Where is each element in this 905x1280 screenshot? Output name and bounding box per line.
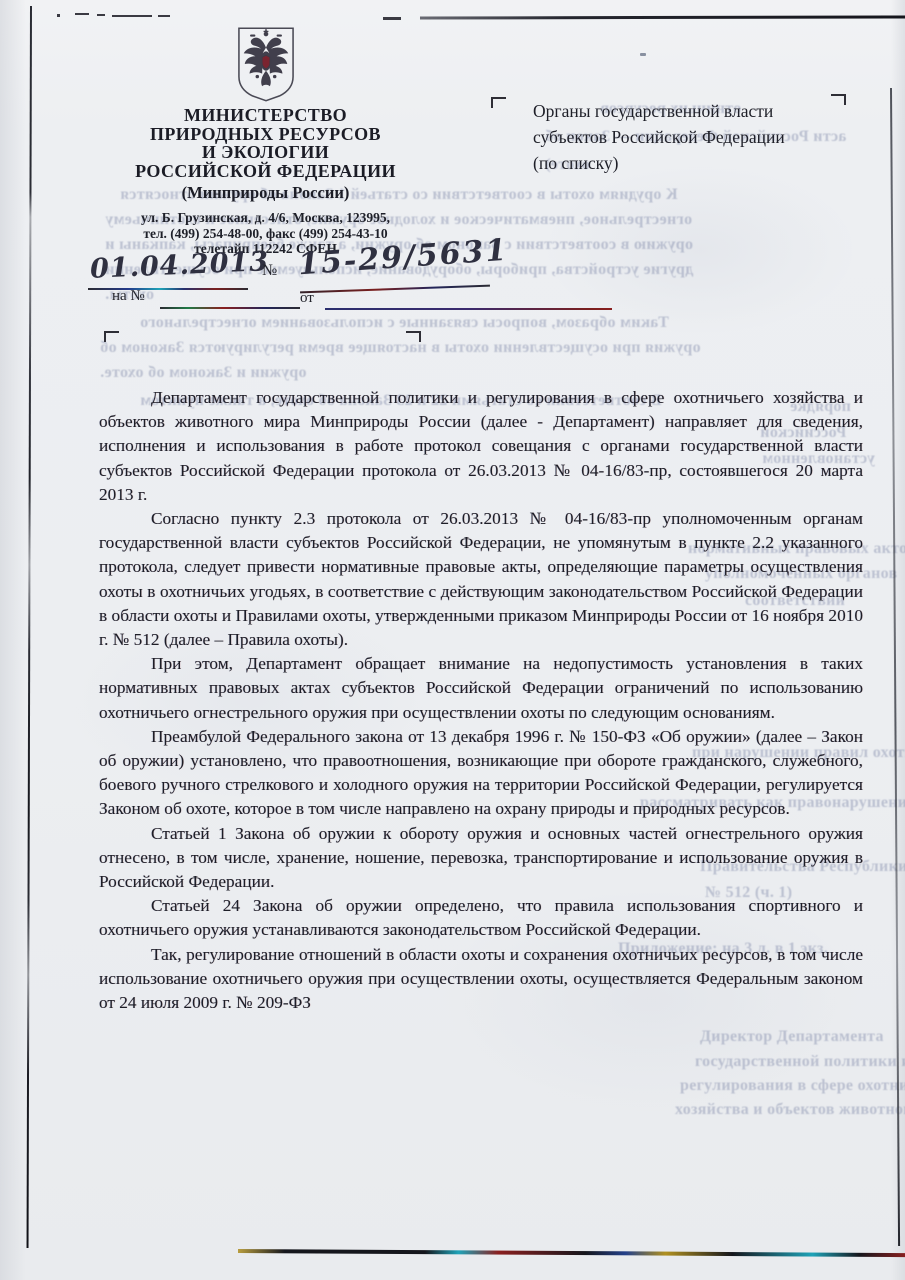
recipient-line: (по списку) <box>533 150 853 176</box>
scan-speck <box>158 15 170 17</box>
number-sign-label: № <box>262 262 277 280</box>
bleedthrough-text-line: оружии и Законом об охоте. <box>100 364 307 382</box>
ministry-name-line: РОССИЙСКОЙ ФЕДЕРАЦИИ <box>88 162 443 181</box>
scan-speck <box>640 53 646 56</box>
body-paragraph: Статьей 24 Закона об оружии определено, … <box>99 894 863 942</box>
coat-of-arms-icon <box>237 26 295 102</box>
ministry-short-name: (Минприроды России) <box>88 183 443 203</box>
scan-edge-line-left <box>27 6 32 1248</box>
ministry-name-line: МИНИСТЕРСТВО <box>88 106 443 125</box>
scan-speck <box>97 14 105 16</box>
body-paragraph: Так, регулирование отношений в области о… <box>99 943 863 1016</box>
body-paragraph: Преамбулой Федерального закона от 13 дек… <box>99 725 863 822</box>
date-handwritten-field[interactable]: 01.04.2013 <box>89 246 269 285</box>
scan-speck <box>112 15 152 17</box>
recipient-line: субъектов Российской Федерации <box>533 124 853 150</box>
recipient-block: Органы государственной властисубъектов Р… <box>533 98 853 176</box>
number-field-rule <box>300 285 490 294</box>
bleedthrough-text-line: государственной политики и <box>695 1053 905 1071</box>
scan-speck <box>57 14 60 17</box>
scan-speck <box>383 17 401 20</box>
body-paragraph: Департамент государственной политики и р… <box>99 386 863 507</box>
body-paragraph: При этом, Департамент обращает внимание … <box>99 652 863 725</box>
ministry-name-line: И ЭКОЛОГИИ <box>88 143 443 162</box>
on-number-label: на № <box>112 288 145 305</box>
scan-line-top-right <box>420 15 905 19</box>
ministry-name: МИНИСТЕРСТВОПРИРОДНЫХ РЕСУРСОВИ ЭКОЛОГИИ… <box>88 106 443 180</box>
bleedthrough-text-line: регулирования в сфере охотничьего <box>680 1077 905 1095</box>
corner-mark <box>491 97 506 108</box>
scan-line-bottom <box>238 1249 905 1257</box>
recipient-line: Органы государственной власти <box>533 98 853 124</box>
address-line: тел. (499) 254-48-00, факс (499) 254-43-… <box>88 226 443 242</box>
corner-mark <box>104 331 119 342</box>
letter-body: Департамент государственной политики и р… <box>99 386 863 1015</box>
corner-mark <box>406 331 421 342</box>
from-field-rule[interactable] <box>325 308 612 310</box>
address-line: ул. Б. Грузинская, д. 4/6, Москва, 12399… <box>88 210 443 226</box>
body-paragraph: Согласно пункту 2.3 протокола от 26.03.2… <box>99 507 863 652</box>
letterhead: МИНИСТЕРСТВОПРИРОДНЫХ РЕСУРСОВИ ЭКОЛОГИИ… <box>88 26 443 257</box>
ministry-name-line: ПРИРОДНЫХ РЕСУРСОВ <box>88 125 443 144</box>
body-paragraph: Статьей 1 Закона об оружии к обороту ору… <box>99 822 863 895</box>
scanned-letter-page: отничьих ресурсовасти Российской Федерац… <box>0 0 905 1280</box>
bleedthrough-text-line: оружия при осуществлении охоты в настоящ… <box>100 339 701 357</box>
scan-speck <box>75 13 89 15</box>
bleedthrough-text-line: Таким образом, вопросы связанные с испол… <box>140 314 669 332</box>
from-label: от <box>300 290 314 307</box>
scan-edge-line-right <box>890 88 900 1246</box>
bleedthrough-text-line: Директор Департамента <box>700 1028 884 1046</box>
bleedthrough-text-line: хозяйства и объектов животного мира <box>675 1101 905 1119</box>
on-number-field-rule[interactable] <box>160 307 300 309</box>
